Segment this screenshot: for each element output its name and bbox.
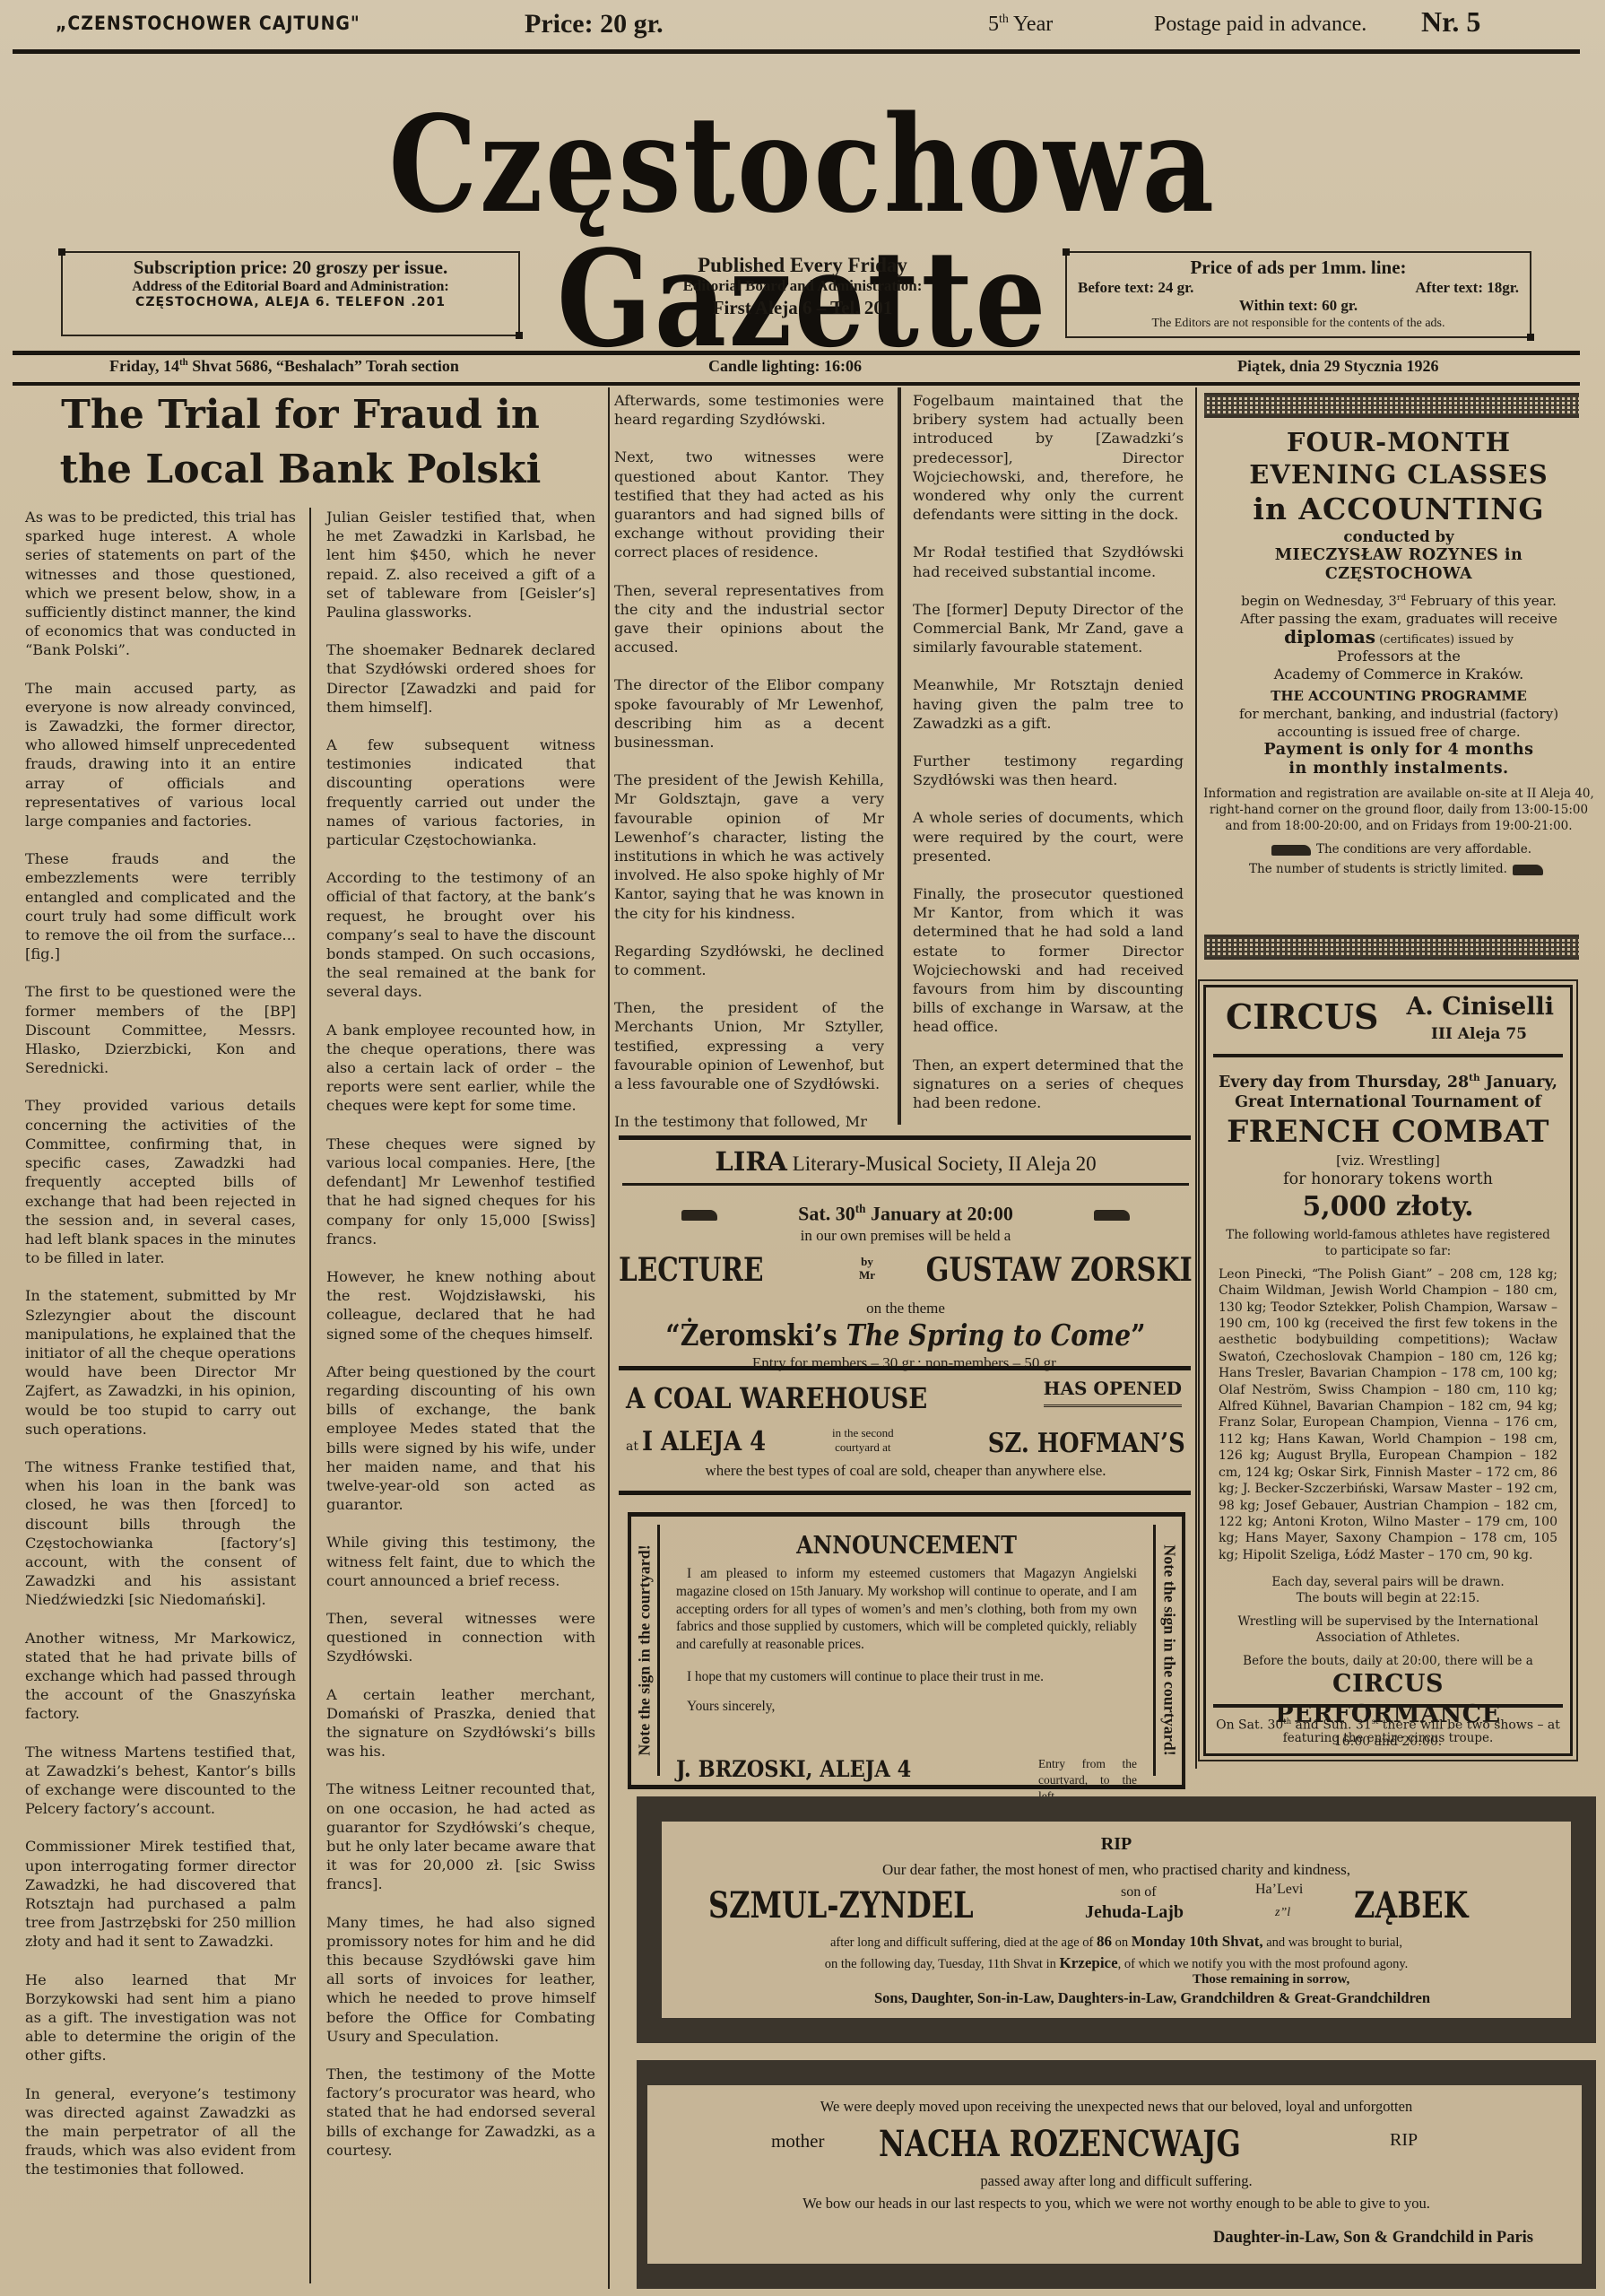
- ad-exam: After passing the exam, graduates will r…: [1202, 610, 1596, 628]
- circus-tournament: Great International Tournament of: [1219, 1092, 1557, 1112]
- announcement-side-right: Note the sign in the courtyard!: [1153, 1525, 1182, 1776]
- lira-header: LIRA Literary-Musical Society, II Aleja …: [619, 1139, 1193, 1178]
- article-paragraph: While giving this testimony, the witness…: [326, 1533, 595, 1590]
- coal-tagline: where the best types of coal are sold, c…: [619, 1462, 1193, 1480]
- ornament-border-bottom: [1204, 935, 1579, 960]
- circus-pairs: Each day, several pairs will be drawn.: [1219, 1574, 1557, 1590]
- ad-prices-title: Price of ads per 1mm. line:: [1067, 257, 1530, 279]
- article-paragraph: The president of the Jewish Kehilla, Mr …: [614, 770, 884, 923]
- circus-tokens: for honorary tokens worth: [1219, 1170, 1557, 1189]
- article-paragraph: The witness Leitner recounted that, on o…: [326, 1779, 595, 1893]
- article-paragraph: A few subsequent witness testimonies ind…: [326, 735, 595, 849]
- announcement-body: ANNOUNCEMENT I am pleased to inform my e…: [676, 1532, 1137, 1715]
- article-paragraph: He also learned that Mr Borzykowski had …: [25, 1970, 296, 2066]
- side-text: Note the sign in the courtyard!: [1159, 1544, 1178, 1755]
- publication-board-label: Editorial Board and Administration:: [628, 277, 977, 295]
- ad-payment: in monthly instalments.: [1202, 760, 1596, 778]
- circus-weekend-shows: On Sat. 30th and Sun. 31st there will be…: [1213, 1704, 1563, 1750]
- ad-programme-desc: accounting is issued free of charge.: [1202, 723, 1596, 741]
- publication-year: 5th Year: [988, 13, 1053, 37]
- article-paragraph: They provided various details concerning…: [25, 1096, 296, 1267]
- obituary-rip: RIP: [1390, 2130, 1418, 2151]
- ad-teacher: MIECZYSŁAW ROZYNES in: [1202, 546, 1596, 565]
- subscription-price: Subscription price: 20 groszy per issue.: [63, 257, 518, 279]
- candle-lighting: Candle lighting: 16:06: [708, 357, 862, 376]
- courtyard-line: courtyard at: [835, 1440, 890, 1454]
- article-paragraph: Then, several witnesses were questioned …: [326, 1609, 595, 1666]
- article-paragraph: Afterwards, some testimonies were heard …: [614, 391, 884, 429]
- lecturer-name: GUSTAW ZORSKI: [926, 1251, 1193, 1289]
- article-paragraph: Fogelbaum maintained that the bribery sy…: [913, 391, 1184, 524]
- article-paragraph: As was to be predicted, this trial has s…: [25, 508, 296, 660]
- divider-rule: [628, 1785, 1185, 1789]
- circus-registered: The following world-famous athletes have…: [1219, 1227, 1557, 1259]
- death-age: 86: [1097, 1933, 1112, 1950]
- lira-premises: in our own premises will be held a: [619, 1226, 1193, 1246]
- article-paragraph: However, he knew nothing about the rest.…: [326, 1267, 595, 1344]
- divider-rule: [619, 1491, 1191, 1495]
- lira-entry: Entry for members – 30 gr.; non-members …: [619, 1353, 1193, 1373]
- accounting-classes-ad: FOUR-MONTH EVENING CLASSES in ACCOUNTING…: [1202, 426, 1596, 877]
- article-paragraph: Commissioner Mirek testified that, upon …: [25, 1837, 296, 1951]
- circus-address: III Aleja 75: [1431, 1025, 1527, 1043]
- article-paragraph: The witness Franke testified that, when …: [25, 1457, 296, 1610]
- article-column-4: Fogelbaum maintained that the bribery sy…: [913, 391, 1184, 1112]
- coal-opened: HAS OPENED: [1044, 1378, 1182, 1407]
- lira-society: Literary-Musical Society, II Aleja 20: [787, 1152, 1097, 1175]
- burial-text: on the following day, Tuesday, 11th Shva…: [825, 1957, 1060, 1971]
- yiddish-name: „CZENSTOCHOWER CAJTUNG": [56, 13, 360, 34]
- article-paragraph: A bank employee recounted how, in the ch…: [326, 1021, 595, 1116]
- ad-programme: THE ACCOUNTING PROGRAMME: [1202, 687, 1596, 705]
- obituary-zl: z”l: [1275, 1906, 1290, 1920]
- divider-rule: [13, 351, 1580, 355]
- ad-programme-desc: for merchant, banking, and industrial (f…: [1202, 705, 1596, 723]
- announcement-signature: J. BRZOSKI, ALEJA 4: [676, 1756, 911, 1782]
- obituary-mother: mother: [771, 2130, 824, 2152]
- diplomas-word: diplomas: [1284, 626, 1375, 648]
- newspaper-page: „CZENSTOCHOWER CAJTUNG" Price: 20 gr. 5t…: [0, 0, 1605, 2296]
- circus-dates: Every day from Thursday, 28th January,: [1219, 1068, 1557, 1092]
- article-paragraph: In the testimony that followed, Mr: [614, 1112, 884, 1131]
- lira-lecture-ad: LIRA Literary-Musical Society, II Aleja …: [619, 1139, 1193, 1373]
- obituary-son-of: son of: [1121, 1884, 1157, 1900]
- lecture-label: LECTURE: [619, 1251, 764, 1289]
- lira-theme: on the theme: [619, 1300, 1193, 1318]
- article-paragraph: These frauds and the embezzlements were …: [25, 849, 296, 963]
- article-column-1: As was to be predicted, this trial has s…: [25, 508, 296, 2179]
- article-paragraph: The [former] Deputy Director of the Comm…: [913, 600, 1184, 657]
- coal-courtyard: in the secondcourtyard at: [832, 1426, 894, 1455]
- ad-price-within: Within text: 60 gr.: [1239, 297, 1358, 315]
- circus-header: CIRCUS A. Ciniselli III Aleja 75: [1213, 987, 1563, 1057]
- year-number: 5: [988, 13, 999, 36]
- circus-name: CIRCUS: [1226, 996, 1378, 1037]
- divider-rule: [13, 49, 1580, 54]
- conditions-text: The conditions are very affordable.: [1316, 842, 1531, 857]
- weekend-suffix: th: [1283, 1717, 1291, 1726]
- lira-date-text-post: January at 20:00: [865, 1202, 1012, 1224]
- circus-before: Before the bouts, daily at 20:00, there …: [1219, 1653, 1557, 1669]
- obituary-passed: passed away after long and difficult suf…: [637, 2172, 1596, 2190]
- dates-text-post: January,: [1480, 1074, 1557, 1091]
- ad-conducted: conducted by: [1202, 528, 1596, 546]
- title-post: ”: [1131, 1318, 1145, 1352]
- divider-rule: [622, 1183, 1189, 1186]
- pointing-hand-icon: [681, 1210, 717, 1221]
- article-paragraph: These cheques were signed by various loc…: [326, 1135, 595, 1248]
- circus-supervised: Wrestling will be supervised by the Inte…: [1219, 1613, 1557, 1646]
- article-paragraph: According to the testimony of an officia…: [326, 868, 595, 1001]
- certificates-text: (certificates) issued by: [1375, 633, 1514, 647]
- announcement-closing: Yours sincerely,: [676, 1699, 1137, 1715]
- lira-lecture-line: LECTURE byMr GUSTAW ZORSKI: [619, 1251, 1193, 1294]
- obituary-death-line: after long and difficult suffering, died…: [637, 1933, 1596, 1951]
- article-paragraph: Many times, he had also signed promissor…: [326, 1913, 595, 2046]
- top-info-bar: „CZENSTOCHOWER CAJTUNG" Price: 20 gr. 5t…: [0, 0, 1605, 47]
- address-text: I ALEJA 4: [642, 1426, 766, 1457]
- ad-prices-box: Price of ads per 1mm. line: Before text:…: [1065, 251, 1531, 338]
- article-column-2: Julian Geisler testified that, when he m…: [326, 508, 595, 2160]
- mr-text: Mr: [859, 1268, 875, 1282]
- year-label: Year: [1009, 13, 1053, 36]
- weekend-text: On Sat. 30: [1216, 1718, 1283, 1733]
- issue-price: Price: 20 gr.: [525, 9, 664, 39]
- pointing-hand-icon: [1094, 1210, 1130, 1221]
- publication-address: First Aleja 6 – Tel. 201: [628, 297, 977, 319]
- circus-viz: [viz. Wrestling]: [1219, 1152, 1557, 1170]
- ad-title: in ACCOUNTING: [1202, 491, 1596, 528]
- obituary-respects: We bow our heads in our last respects to…: [637, 2195, 1596, 2213]
- article-column-3: Afterwards, some testimonies were heard …: [614, 391, 884, 1132]
- coal-address: at I ALEJA 4: [626, 1426, 786, 1457]
- column-divider: [309, 508, 311, 2283]
- article-paragraph: Another witness, Mr Markowicz, stated th…: [25, 1629, 296, 1724]
- begin-text: begin on Wednesday, 3: [1241, 593, 1397, 609]
- circus-athletes: Leon Pinecki, “The Polish Giant” – 208 c…: [1219, 1266, 1557, 1563]
- death-date: Monday 10th Shvat,: [1132, 1933, 1263, 1950]
- ornament-border-top: [1204, 393, 1579, 418]
- article-paragraph: A certain leather merchant, Domański of …: [326, 1685, 595, 1761]
- ad-prices-row: Before text: 24 gr. After text: 18gr.: [1067, 279, 1530, 297]
- dateline-hebrew-date: Friday, 14th Shvat 5686, “Beshalach” Tor…: [109, 357, 459, 376]
- circus-body: Every day from Thursday, 28th January, G…: [1206, 1057, 1570, 1746]
- ad-title: EVENING CLASSES: [1202, 458, 1596, 491]
- dateline-parsha: Shvat 5686, “Beshalach” Torah section: [188, 357, 459, 375]
- circus-event: FRENCH COMBAT: [1219, 1112, 1557, 1152]
- postage-note: Postage paid in advance.: [1154, 13, 1366, 37]
- title-italic: The Spring to Come: [846, 1318, 1132, 1352]
- article-paragraph: In general, everyone’s testimony was dir…: [25, 2084, 296, 2179]
- begin-text-post: February of this year.: [1406, 593, 1557, 609]
- article-paragraph: Then, several representatives from the c…: [614, 581, 884, 657]
- obituary-first-name: SZMUL-ZYNDEL: [708, 1884, 974, 1926]
- obituary-surname: ZĄBEK: [1354, 1884, 1468, 1926]
- obituary-remaining: Those remaining in sorrow,: [1193, 1972, 1349, 1987]
- lira-date-suffix: th: [855, 1202, 866, 1215]
- article-paragraph: Regarding Szydłówski, he declined to com…: [614, 942, 884, 979]
- dates-suffix: th: [1469, 1073, 1479, 1083]
- article-paragraph: Finally, the prosecutor questioned Mr Ka…: [913, 884, 1184, 1037]
- article-paragraph: Then, an expert determined that the sign…: [913, 1056, 1184, 1113]
- ad-diplomas: diplomas (certificates) issued by: [1202, 628, 1596, 648]
- burial-place: Krzepice: [1060, 1954, 1118, 1971]
- article-paragraph: In the statement, submitted by Mr Szlezy…: [25, 1286, 296, 1439]
- ad-academy: Academy of Commerce in Kraków.: [1202, 665, 1596, 683]
- article-paragraph: The director of the Elibor company spoke…: [614, 675, 884, 752]
- obituary-rozencwajg: We were deeply moved upon receiving the …: [637, 2060, 1596, 2289]
- pointing-hand-icon: [1513, 865, 1543, 875]
- obituary-name: NACHA ROZENCWAJG: [879, 2123, 1241, 2165]
- at-text: at: [626, 1439, 638, 1454]
- article-paragraph: Further testimony regarding Szydłówski w…: [913, 752, 1184, 789]
- announcement-paragraph: I am pleased to inform my esteemed custo…: [676, 1565, 1137, 1654]
- lira-lecture-title: “Żeromski’s The Spring to Come”: [659, 1318, 1152, 1353]
- ad-title: FOUR-MONTH: [1202, 426, 1596, 458]
- death-text: after long and difficult suffering, died…: [830, 1935, 1097, 1950]
- ad-limited: The number of students is strictly limit…: [1202, 861, 1596, 877]
- ad-disclaimer: The Editors are not responsible for the …: [1067, 317, 1530, 331]
- ad-info: Information and registration are availab…: [1202, 786, 1596, 834]
- announcement-ad: Note the sign in the courtyard! Note the…: [628, 1516, 1185, 1785]
- article-paragraph: Mr Rodał testified that Szydłówski had r…: [913, 543, 1184, 580]
- article-paragraph: Next, two witnesses were questioned abou…: [614, 448, 884, 561]
- death-text: and was brought to burial,: [1263, 1935, 1402, 1950]
- article-paragraph: The main accused party, as everyone is n…: [25, 679, 296, 831]
- lira-date: Sat. 30th January at 20:00: [619, 1196, 1193, 1226]
- article-paragraph: The first to be questioned were the form…: [25, 982, 296, 1077]
- ad-prices-row-2: Within text: 60 gr.: [1067, 297, 1530, 315]
- lira-name: LIRA: [715, 1146, 787, 1177]
- year-suffix: th: [999, 13, 1009, 26]
- circus-ad: CIRCUS A. Ciniselli III Aleja 75 Every d…: [1203, 985, 1573, 1756]
- subscription-address: CZĘSTOCHOWA, ALEJA 6. TELEFON .201: [63, 295, 518, 309]
- article-paragraph: The shoemaker Bednarek declared that Szy…: [326, 640, 595, 717]
- article-headline: The Trial for Fraud in the Local Bank Po…: [27, 387, 574, 497]
- weekend-text-mid: and Sun. 31: [1291, 1718, 1372, 1733]
- limited-text: The number of students is strictly limit…: [1249, 862, 1507, 876]
- ad-price-before: Before text: 24 gr.: [1078, 279, 1193, 297]
- side-text: Note the sign in the courtyard!: [635, 1544, 654, 1755]
- obituary-father: Jehuda-Lajb: [1085, 1902, 1184, 1923]
- begin-suffix: rd: [1397, 594, 1406, 603]
- article-paragraph: Then, the testimony of the Motte factory…: [326, 2065, 595, 2160]
- ad-city: CZĘSTOCHOWA: [1202, 565, 1596, 584]
- ad-price-after: After text: 18gr.: [1415, 279, 1519, 297]
- ad-payment: Payment is only for 4 months: [1202, 741, 1596, 760]
- publication-schedule: Published Every Friday: [628, 254, 977, 277]
- dates-text: Every day from Thursday, 28: [1219, 1074, 1469, 1091]
- by-text: by: [861, 1255, 873, 1268]
- article-paragraph: A whole series of documents, which were …: [913, 808, 1184, 865]
- divider-rule: [619, 1366, 1191, 1370]
- coal-owner: SZ. HOFMAN’S: [988, 1428, 1185, 1459]
- column-divider: [1195, 387, 1197, 1769]
- circus-prize: 5,000 złoty.: [1219, 1189, 1557, 1225]
- lira-date-text: Sat. 30: [798, 1202, 855, 1224]
- subscription-address-label: Address of the Editorial Board and Admin…: [63, 279, 518, 295]
- ad-professors: Professors at the: [1202, 648, 1596, 665]
- article-paragraph: Then, the president of the Merchants Uni…: [614, 998, 884, 1093]
- obituary-family: Daughter-in-Law, Son & Grandchild in Par…: [1213, 2229, 1533, 2248]
- dateline-polish-date: Piątek, dnia 29 Stycznia 1926: [1237, 357, 1439, 376]
- ad-begin-date: begin on Wednesday, 3rd February of this…: [1202, 589, 1596, 610]
- obituary-burial-line: on the following day, Tuesday, 11th Shva…: [637, 1954, 1596, 1972]
- death-text: on: [1112, 1935, 1132, 1950]
- pointing-hand-icon: [1271, 845, 1311, 856]
- column-divider: [898, 387, 901, 1125]
- title-pre: “Żeromski’s: [665, 1318, 846, 1352]
- coal-headline: A COAL WAREHOUSE: [626, 1381, 927, 1415]
- courtyard-line: in the second: [832, 1426, 894, 1439]
- dateline: Friday, 14th Shvat 5686, “Beshalach” Tor…: [0, 356, 1605, 381]
- article-paragraph: After being questioned by the court rega…: [326, 1362, 595, 1515]
- issue-number: Nr. 5: [1421, 5, 1480, 39]
- obituary-halevi: Ha’Levi: [1255, 1882, 1303, 1898]
- obituary-family: Sons, Daughter, Son-in-Law, Daughters-in…: [708, 1989, 1596, 2007]
- circus-owner: A. Ciniselli: [1406, 993, 1554, 1021]
- article-paragraph: Meanwhile, Mr Rotsztajn denied having gi…: [913, 675, 1184, 733]
- announcement-side-left: Note the sign in the courtyard!: [631, 1525, 660, 1776]
- column-divider: [608, 387, 610, 2289]
- subscription-box: Subscription price: 20 groszy per issue.…: [61, 251, 520, 336]
- ad-conditions: The conditions are very affordable.: [1202, 841, 1596, 857]
- divider-rule: [13, 382, 1580, 386]
- dateline-day: Friday, 14: [109, 357, 179, 375]
- obituary-rip: RIP: [637, 1834, 1596, 1855]
- lecture-by: byMr: [859, 1255, 875, 1282]
- announcement-paragraph: I hope that my customers will continue t…: [676, 1668, 1137, 1686]
- article-paragraph: Julian Geisler testified that, when he m…: [326, 508, 595, 622]
- publication-info: Published Every Friday Editorial Board a…: [628, 254, 977, 319]
- obituary-zabek: RIP Our dear father, the most honest of …: [637, 1796, 1596, 2043]
- circus-bouts-time: The bouts will begin at 22:15.: [1219, 1590, 1557, 1606]
- article-paragraph: The witness Martens testified that, at Z…: [25, 1743, 296, 1819]
- obituary-intro: We were deeply moved upon receiving the …: [637, 2098, 1596, 2116]
- announcement-title: ANNOUNCEMENT: [704, 1532, 1109, 1560]
- burial-text: , of which we notify you with the most p…: [1118, 1957, 1409, 1971]
- obituary-intro: Our dear father, the most honest of men,…: [637, 1861, 1596, 1879]
- dateline-suffix: th: [179, 357, 188, 368]
